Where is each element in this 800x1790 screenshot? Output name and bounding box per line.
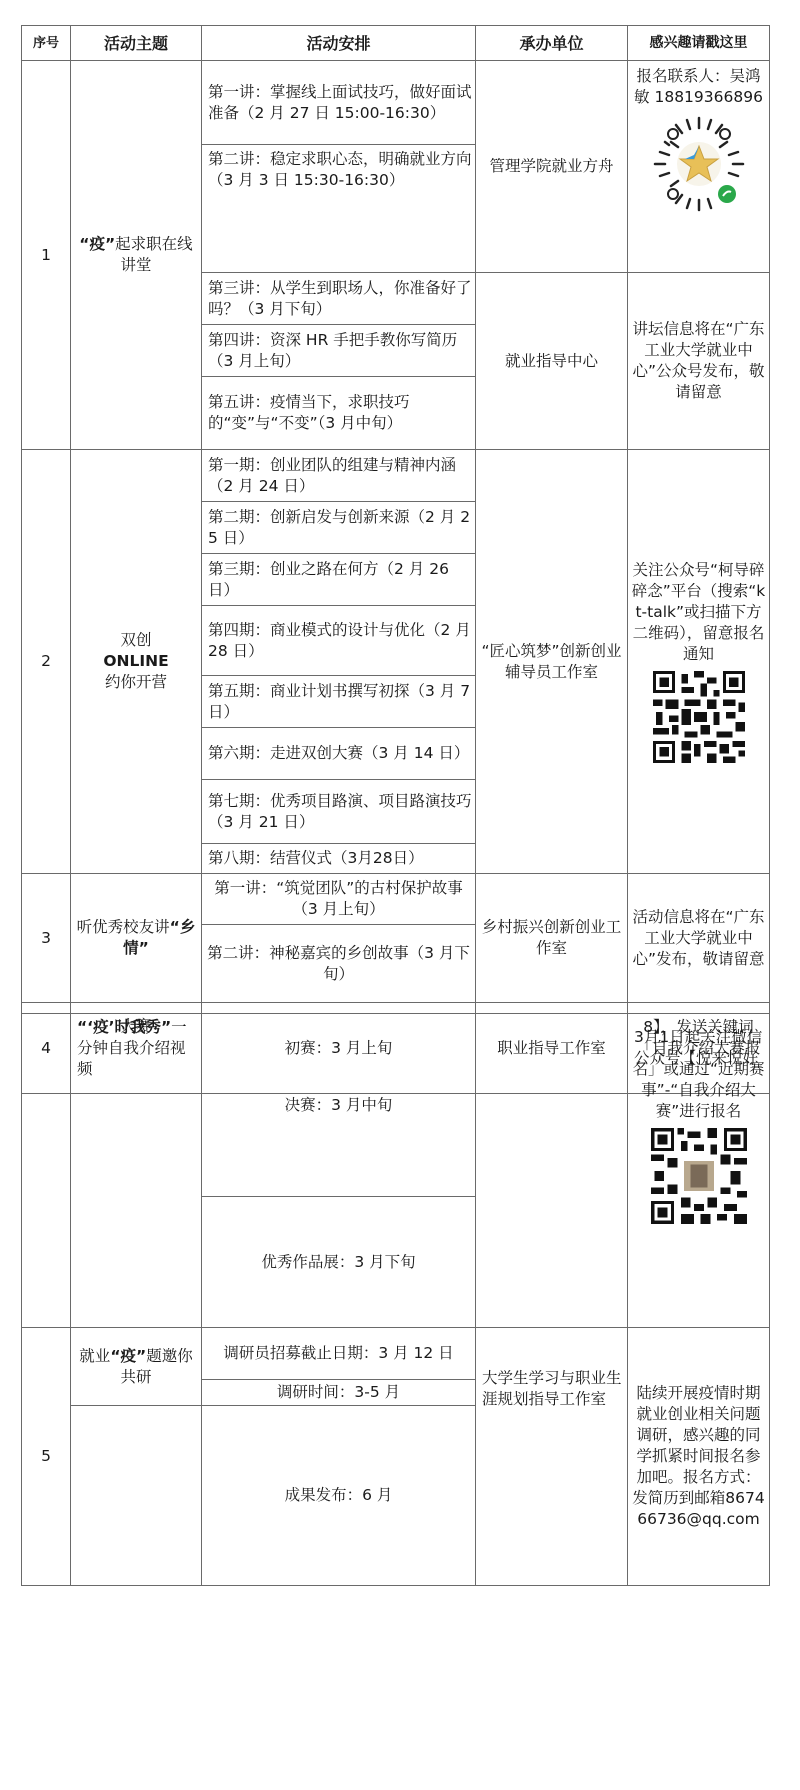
qr-code-icon[interactable]: [653, 671, 745, 763]
theme-highlight: ONLINE: [74, 651, 198, 672]
activity-theme: “疫”起求职在线讲堂: [71, 61, 202, 450]
table-row: 大赛 决赛：3 月中旬 8】，发送关键词「自我介绍大赛报名」或通过“近期赛事”-…: [22, 1014, 770, 1197]
row-number-continued: [22, 1014, 71, 1328]
signup-text: 8】，发送关键词「自我介绍大赛报名」或通过“近期赛事”-“自我介绍大赛”进行报名: [631, 1017, 766, 1122]
schedule-item: 第五期：商业计划书撰写初探（3 月 7 日）: [202, 676, 476, 728]
row-number: 2: [22, 450, 71, 874]
row-number: 5: [22, 1328, 71, 1586]
schedule-item: 优秀作品展：3 月下旬: [202, 1197, 476, 1328]
schedule-item: 第四期：商业模式的设计与优化（2 月 28 日）: [202, 606, 476, 676]
theme-text: 就业: [79, 1347, 110, 1365]
theme-text: 约你开营: [74, 672, 198, 693]
schedule-item: 成果发布：6 月: [202, 1406, 476, 1586]
table-row: 1 “疫”起求职在线讲堂 第一讲：掌握线上面试技巧，做好面试准备（2 月 27 …: [22, 61, 770, 145]
activity-theme: 听优秀校友讲“乡情”: [71, 874, 202, 1003]
schedule-item: 调研时间：3-5 月: [202, 1380, 476, 1406]
activity-table-part-1: 序号 活动主题 活动安排 承办单位 感兴趣请戳这里 1 “疫”起求职在线讲堂 第…: [21, 25, 770, 1094]
signup-info: 活动信息将在“广东工业大学就业中心”发布，敬请留意: [628, 874, 770, 1003]
schedule-item: 第七期：优秀项目路演、项目路演技巧（3 月 21 日）: [202, 780, 476, 844]
header-theme: 活动主题: [71, 26, 202, 61]
schedule-item: 第五讲：疫情当下，求职技巧的“变”与“不变”（3 月中旬）: [202, 377, 476, 450]
mini-program-code-icon[interactable]: [649, 114, 749, 214]
row-number: 3: [22, 874, 71, 1003]
activity-theme: 双创 ONLINE 约你开营: [71, 450, 202, 874]
activity-theme-continued: 大赛: [71, 1014, 202, 1328]
signup-info: 8】，发送关键词「自我介绍大赛报名」或通过“近期赛事”-“自我介绍大赛”进行报名: [628, 1014, 770, 1328]
schedule-item: 第三讲：从学生到职场人，你准备好了吗？（3 月下旬）: [202, 273, 476, 325]
theme-text: 双创: [74, 630, 198, 651]
header-no: 序号: [22, 26, 71, 61]
organizer: “匠心筑梦”创新创业辅导员工作室: [476, 450, 628, 874]
qr-code-icon[interactable]: [651, 1128, 747, 1224]
organizer: 大学生学习与职业生涯规划指导工作室: [476, 1328, 628, 1586]
schedule-item: 第二讲：稳定求职心态，明确就业方向（3 月 3 日 15:30-16:30）: [202, 145, 476, 273]
signup-contact: 报名联系人：吴鸿敏 18819366896: [631, 66, 766, 108]
schedule-item: 第一讲：“筑觉团队”的古村保护故事（3 月上旬）: [202, 874, 476, 925]
organizer: 就业指导中心: [476, 273, 628, 450]
signup-text: 关注公众号“柯导碎碎念”平台（搜索“kt-talk”或扫描下方二维码），留意报名…: [631, 560, 766, 665]
header-schedule: 活动安排: [202, 26, 476, 61]
organizer-continued: [476, 1014, 628, 1328]
organizer: 乡村振兴创新创业工作室: [476, 874, 628, 1003]
schedule-item: 第二期：创新启发与创新来源（2 月 25 日）: [202, 502, 476, 554]
theme-highlight: “疫”: [79, 235, 115, 253]
signup-info: 陆续开展疫情时期就业创业相关问题调研，感兴趣的同学抓紧时间报名参加吧。报名方式：…: [628, 1328, 770, 1586]
activity-theme: 就业“疫”题邀你共研: [71, 1328, 202, 1406]
schedule-item: 决赛：3 月中旬: [202, 1014, 476, 1197]
table-row: 2 双创 ONLINE 约你开营 第一期：创业团队的组建与精神内涵（2 月 24…: [22, 450, 770, 502]
row-number: 1: [22, 61, 71, 450]
schedule-item: 第二讲：神秘嘉宾的乡创故事（3 月下旬）: [202, 925, 476, 1003]
header-organizer: 承办单位: [476, 26, 628, 61]
schedule-item: 第一期：创业团队的组建与精神内涵（2 月 24 日）: [202, 450, 476, 502]
theme-text: 起求职在线讲堂: [115, 235, 193, 274]
signup-info: 讲坛信息将在“广东工业大学就业中心”公众号发布，敬请留意: [628, 273, 770, 450]
schedule-item: 第三期：创业之路在何方（2 月 26 日）: [202, 554, 476, 606]
schedule-item: 调研员招募截止日期：3 月 12 日: [202, 1328, 476, 1380]
table-row: 5 就业“疫”题邀你共研 调研员招募截止日期：3 月 12 日 大学生学习与职业…: [22, 1328, 770, 1380]
signup-info: 报名联系人：吴鸿敏 18819366896: [628, 61, 770, 273]
theme-highlight: “疫”: [110, 1347, 146, 1365]
activity-theme-blank: [71, 1406, 202, 1586]
schedule-item: 第一讲：掌握线上面试技巧，做好面试准备（2 月 27 日 15:00-16:30…: [202, 61, 476, 145]
organizer: 管理学院就业方舟: [476, 61, 628, 273]
header-signup: 感兴趣请戳这里: [628, 26, 770, 61]
table-header-row: 序号 活动主题 活动安排 承办单位 感兴趣请戳这里: [22, 26, 770, 61]
activity-table-part-2: 大赛 决赛：3 月中旬 8】，发送关键词「自我介绍大赛报名」或通过“近期赛事”-…: [21, 1013, 770, 1586]
schedule-item: 第六期：走进双创大赛（3 月 14 日）: [202, 728, 476, 780]
theme-text: 听优秀校友讲: [77, 918, 170, 936]
table-row: 3 听优秀校友讲“乡情” 第一讲：“筑觉团队”的古村保护故事（3 月上旬） 乡村…: [22, 874, 770, 925]
schedule-item: 第八期：结营仪式（3月28日）: [202, 844, 476, 874]
signup-info: 关注公众号“柯导碎碎念”平台（搜索“kt-talk”或扫描下方二维码），留意报名…: [628, 450, 770, 874]
schedule-item: 第四讲：资深 HR 手把手教你写简历（3 月上旬）: [202, 325, 476, 377]
